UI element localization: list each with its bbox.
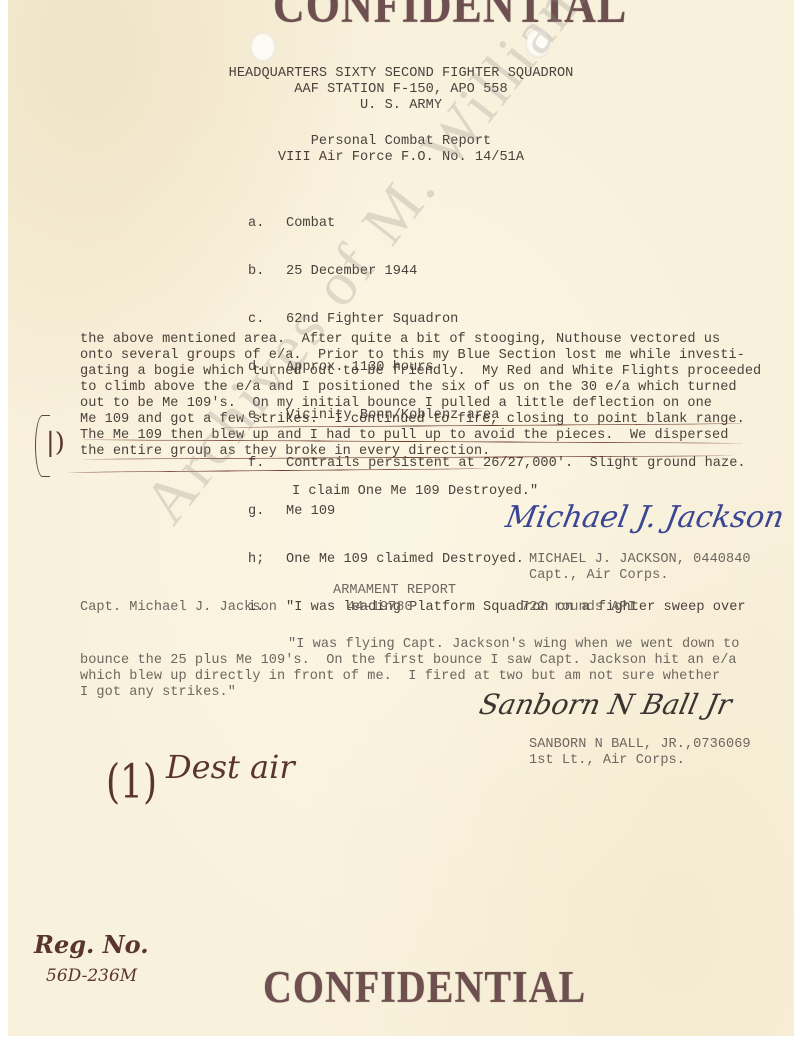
dest-air-annotation: Dest air	[166, 748, 295, 786]
wingman-line-1: "I was flying Capt. Jackson's wing when …	[288, 637, 739, 653]
signer2-name: SANBORN N BALL, JR.,0736069	[529, 737, 751, 753]
narrative-line-4: to climb above the e/a and I positioned …	[80, 380, 737, 396]
header-army: U. S. ARMY	[8, 98, 794, 114]
document-page: CONFIDENTIAL HEADQUARTERS SIXTY SECOND F…	[8, 0, 794, 1036]
signer1-name: MICHAEL J. JACKSON, 0440840	[529, 552, 751, 568]
narrative-line-3: gating a bogie which turned out to be fr…	[80, 364, 761, 380]
header-station: AAF STATION F-150, APO 558	[8, 82, 794, 98]
reg-no-value: 56D-236M	[46, 966, 137, 986]
signer2-rank: 1st Lt., Air Corps.	[529, 753, 685, 769]
wingman-line-3: which blew up directly in front of me. I…	[80, 669, 720, 685]
narrative-line-5: out to be Me 109's. On my initial bounce…	[80, 396, 712, 412]
item-i: i."I was leading Platform Squadron on a …	[248, 600, 746, 616]
reg-no-label: Reg. No.	[34, 930, 149, 959]
wingman-line-4: I got any strikes."	[80, 685, 236, 701]
narrative-line-2: onto several groups of e/a. Prior to thi…	[80, 348, 745, 364]
signer1-rank: Capt., Air Corps.	[529, 568, 669, 584]
armament-aircraft: 44-19780	[347, 600, 413, 616]
narrative-line-1: the above mentioned area. After quite a …	[80, 332, 720, 348]
confidential-stamp-bottom: CONFIDENTIAL	[263, 959, 586, 1013]
signature-jackson: Michael J. Jackson	[503, 500, 787, 535]
signature-ball: Sanborn N Ball Jr	[476, 688, 734, 721]
wingman-line-2: bounce the 25 plus Me 109's. On the firs…	[80, 653, 737, 669]
item-a: a.Combat	[248, 216, 746, 232]
claim-line: I claim One Me 109 Destroyed."	[292, 484, 538, 500]
punch-hole-left	[250, 32, 276, 62]
armament-title: ARMAMENT REPORT	[333, 583, 456, 599]
armament-pilot: Capt. Michael J. Jackson	[80, 600, 277, 616]
margin-annotation: |)	[46, 428, 65, 458]
armament-rounds: 722 rounds API	[521, 600, 636, 616]
header-unit: HEADQUARTERS SIXTY SECOND FIGHTER SQUADR…	[8, 66, 794, 82]
lower-annotation-mark: (1)	[106, 756, 157, 809]
